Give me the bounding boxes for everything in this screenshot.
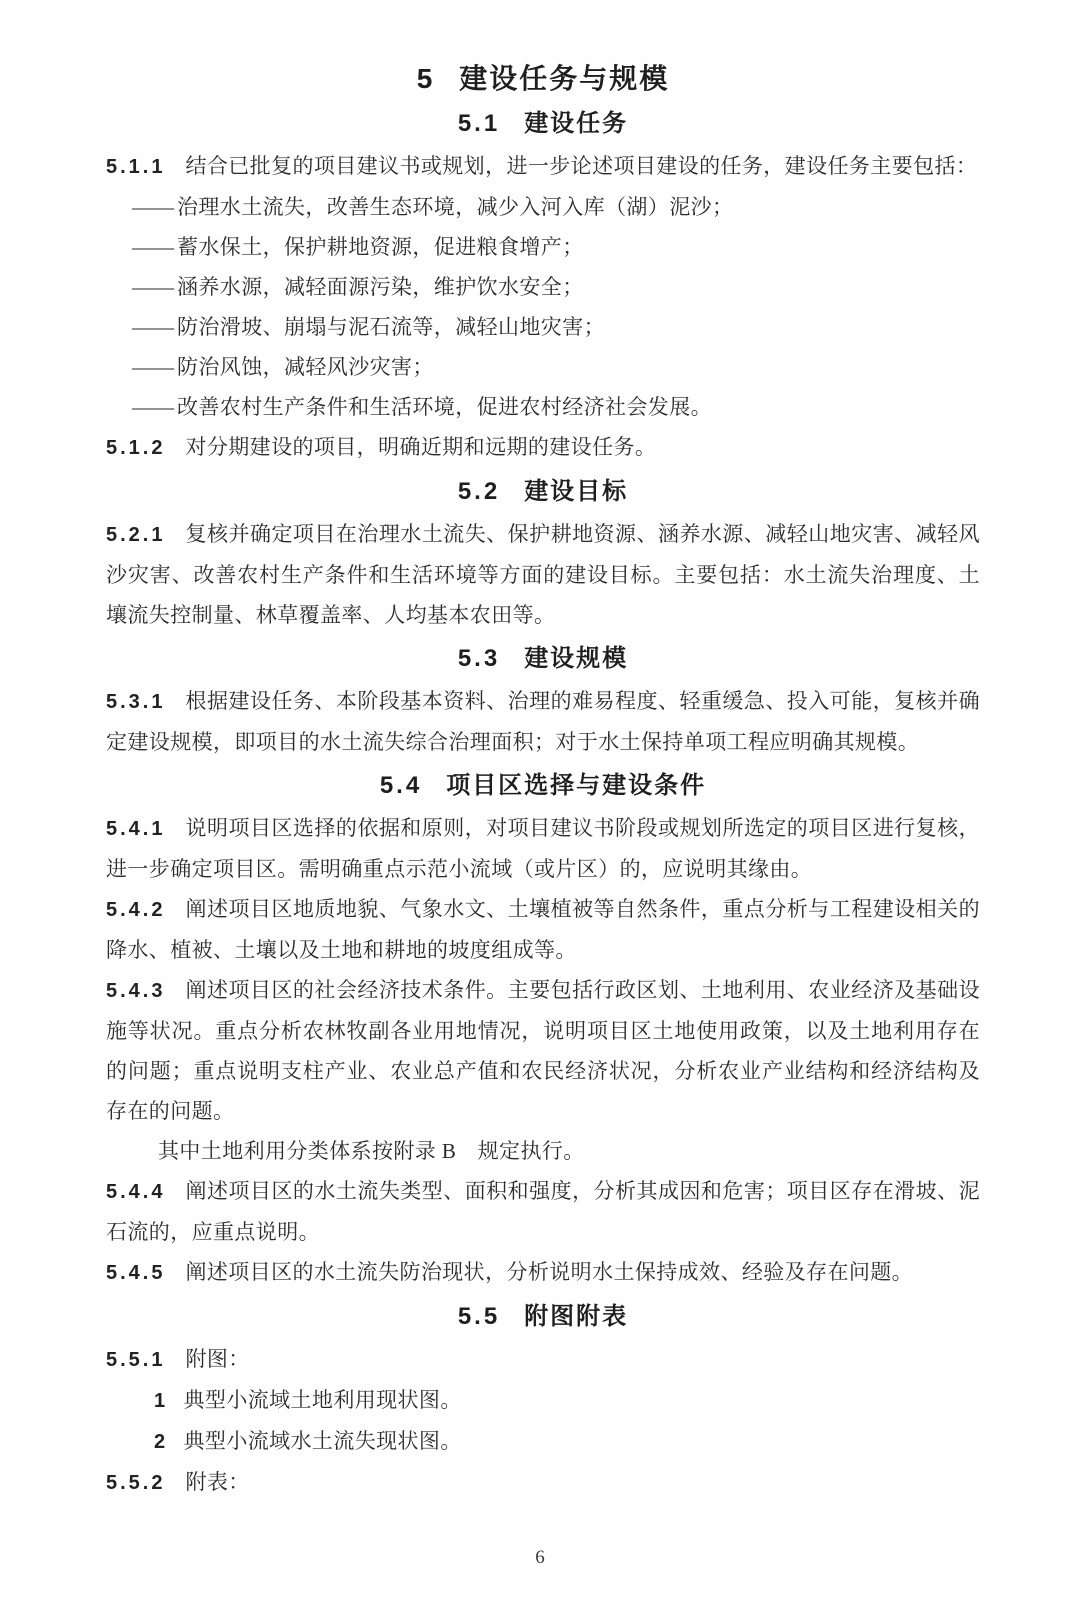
chapter-number: 5	[417, 63, 436, 94]
figure-item-1: 1典型小流域土地利用现状图。	[106, 1380, 980, 1421]
dash-mark: ——	[132, 395, 174, 419]
task-text: 防治风蚀，减轻风沙灾害；	[177, 355, 434, 379]
clause-text: 阐述项目区地质地貌、气象水文、土壤植被等自然条件，重点分析与工程建设相关的降水、…	[106, 897, 980, 962]
clause-text: 阐述项目区的社会经济技术条件。主要包括行政区划、土地利用、农业经济及基础设施等状…	[106, 978, 980, 1123]
section-title: 建设规模	[524, 645, 628, 672]
section-heading-5-3: 5.3建设规模	[106, 639, 980, 679]
section-number: 5.1	[458, 110, 500, 137]
section-number: 5.3	[458, 645, 500, 672]
section-heading-5-5: 5.5附图附表	[106, 1297, 980, 1337]
clause-text: 复核并确定项目在治理水土流失、保护耕地资源、涵养水源、减轻山地灾害、减轻风沙灾害…	[106, 522, 980, 627]
dash-mark: ——	[132, 275, 174, 299]
chapter-title: 建设任务与规模	[459, 63, 669, 94]
clause-number: 5.4.1	[106, 818, 165, 840]
clause-5-3-1: 5.3.1根据建设任务、本阶段基本资料、治理的难易程度、轻重缓急、投入可能，复核…	[106, 681, 980, 762]
task-text: 防治滑坡、崩塌与泥石流等，减轻山地灾害；	[177, 315, 605, 339]
figure-item-number: 1	[154, 1390, 166, 1412]
figure-item-text: 典型小流域水土流失现状图。	[184, 1429, 462, 1453]
section-heading-5-1: 5.1建设任务	[106, 104, 980, 144]
clause-number: 5.3.1	[106, 691, 165, 713]
clause-5-4-5: 5.4.5阐述项目区的水土流失防治现状，分析说明水土保持成效、经验及存在问题。	[106, 1252, 980, 1293]
task-text: 治理水土流失，改善生态环境，减少入河入库（湖）泥沙；	[177, 195, 733, 219]
clause-text: 附图：	[185, 1347, 249, 1371]
clause-number: 5.4.4	[106, 1181, 165, 1203]
clause-number: 5.5.1	[106, 1349, 165, 1371]
clause-number: 5.4.2	[106, 899, 165, 921]
clause-number: 5.2.1	[106, 524, 165, 546]
section-title: 建设目标	[524, 478, 628, 505]
clause-5-4-4: 5.4.4阐述项目区的水土流失类型、面积和强度，分析其成因和危害；项目区存在滑坡…	[106, 1171, 980, 1252]
clause-5-4-2: 5.4.2阐述项目区地质地貌、气象水文、土壤植被等自然条件，重点分析与工程建设相…	[106, 889, 980, 970]
clause-5-4-1: 5.4.1说明项目区选择的依据和原则，对项目建议书阶段或规划所选定的项目区进行复…	[106, 808, 980, 889]
dash-mark: ——	[132, 315, 174, 339]
task-item-4: ——防治滑坡、崩塌与泥石流等，减轻山地灾害；	[106, 307, 980, 347]
clause-text: 根据建设任务、本阶段基本资料、治理的难易程度、轻重缓急、投入可能，复核并确定建设…	[106, 689, 980, 754]
clause-5-1-1: 5.1.1结合已批复的项目建议书或规划，进一步论述项目建设的任务，建设任务主要包…	[106, 146, 980, 187]
note-appendix-b: 其中土地利用分类体系按附录 B 规定执行。	[106, 1131, 980, 1171]
clause-5-5-1: 5.5.1附图：	[106, 1339, 980, 1380]
section-number: 5.5	[458, 1303, 500, 1330]
figure-item-text: 典型小流域土地利用现状图。	[184, 1388, 462, 1412]
task-item-1: ——治理水土流失，改善生态环境，减少入河入库（湖）泥沙；	[106, 187, 980, 227]
task-item-3: ——涵养水源，减轻面源污染，维护饮水安全；	[106, 267, 980, 307]
dash-mark: ——	[132, 355, 174, 379]
document-page: 5建设任务与规模 5.1建设任务 5.1.1结合已批复的项目建议书或规划，进一步…	[0, 0, 1080, 1604]
clause-text: 对分期建设的项目，明确近期和远期的建设任务。	[185, 435, 656, 459]
page-number: 6	[0, 1546, 1080, 1570]
clause-text: 结合已批复的项目建议书或规划，进一步论述项目建设的任务，建设任务主要包括：	[185, 154, 977, 178]
dash-mark: ——	[132, 235, 174, 259]
section-number: 5.2	[458, 478, 500, 505]
section-title: 建设任务	[524, 110, 628, 137]
task-text: 涵养水源，减轻面源污染，维护饮水安全；	[177, 275, 584, 299]
clause-number: 5.4.3	[106, 980, 165, 1002]
clause-5-1-2: 5.1.2对分期建设的项目，明确近期和远期的建设任务。	[106, 427, 980, 468]
clause-number: 5.1.2	[106, 437, 165, 459]
clause-5-5-2: 5.5.2附表：	[106, 1462, 980, 1503]
clause-5-4-3: 5.4.3阐述项目区的社会经济技术条件。主要包括行政区划、土地利用、农业经济及基…	[106, 970, 980, 1131]
task-item-2: ——蓄水保土，保护耕地资源，促进粮食增产；	[106, 227, 980, 267]
task-text: 蓄水保土，保护耕地资源，促进粮食增产；	[177, 235, 584, 259]
task-item-6: ——改善农村生产条件和生活环境，促进农村经济社会发展。	[106, 387, 980, 427]
clause-text: 附表：	[185, 1470, 249, 1494]
dash-mark: ——	[132, 195, 174, 219]
clause-5-2-1: 5.2.1复核并确定项目在治理水土流失、保护耕地资源、涵养水源、减轻山地灾害、减…	[106, 514, 980, 635]
section-heading-5-4: 5.4项目区选择与建设条件	[106, 766, 980, 806]
chapter-heading: 5建设任务与规模	[106, 58, 980, 100]
clause-number: 5.5.2	[106, 1472, 165, 1494]
task-text: 改善农村生产条件和生活环境，促进农村经济社会发展。	[177, 395, 712, 419]
section-title: 附图附表	[524, 1303, 628, 1330]
section-heading-5-2: 5.2建设目标	[106, 472, 980, 512]
figure-item-number: 2	[154, 1431, 166, 1453]
task-item-5: ——防治风蚀，减轻风沙灾害；	[106, 347, 980, 387]
clause-number: 5.1.1	[106, 156, 165, 178]
section-number: 5.4	[380, 772, 422, 799]
clause-text: 说明项目区选择的依据和原则，对项目建议书阶段或规划所选定的项目区进行复核，进一步…	[106, 816, 980, 881]
section-title: 项目区选择与建设条件	[446, 772, 706, 799]
clause-number: 5.4.5	[106, 1262, 165, 1284]
figure-item-2: 2典型小流域水土流失现状图。	[106, 1421, 980, 1462]
clause-text: 阐述项目区的水土流失类型、面积和强度，分析其成因和危害；项目区存在滑坡、泥石流的…	[106, 1179, 980, 1244]
clause-text: 阐述项目区的水土流失防治现状，分析说明水土保持成效、经验及存在问题。	[185, 1260, 913, 1284]
